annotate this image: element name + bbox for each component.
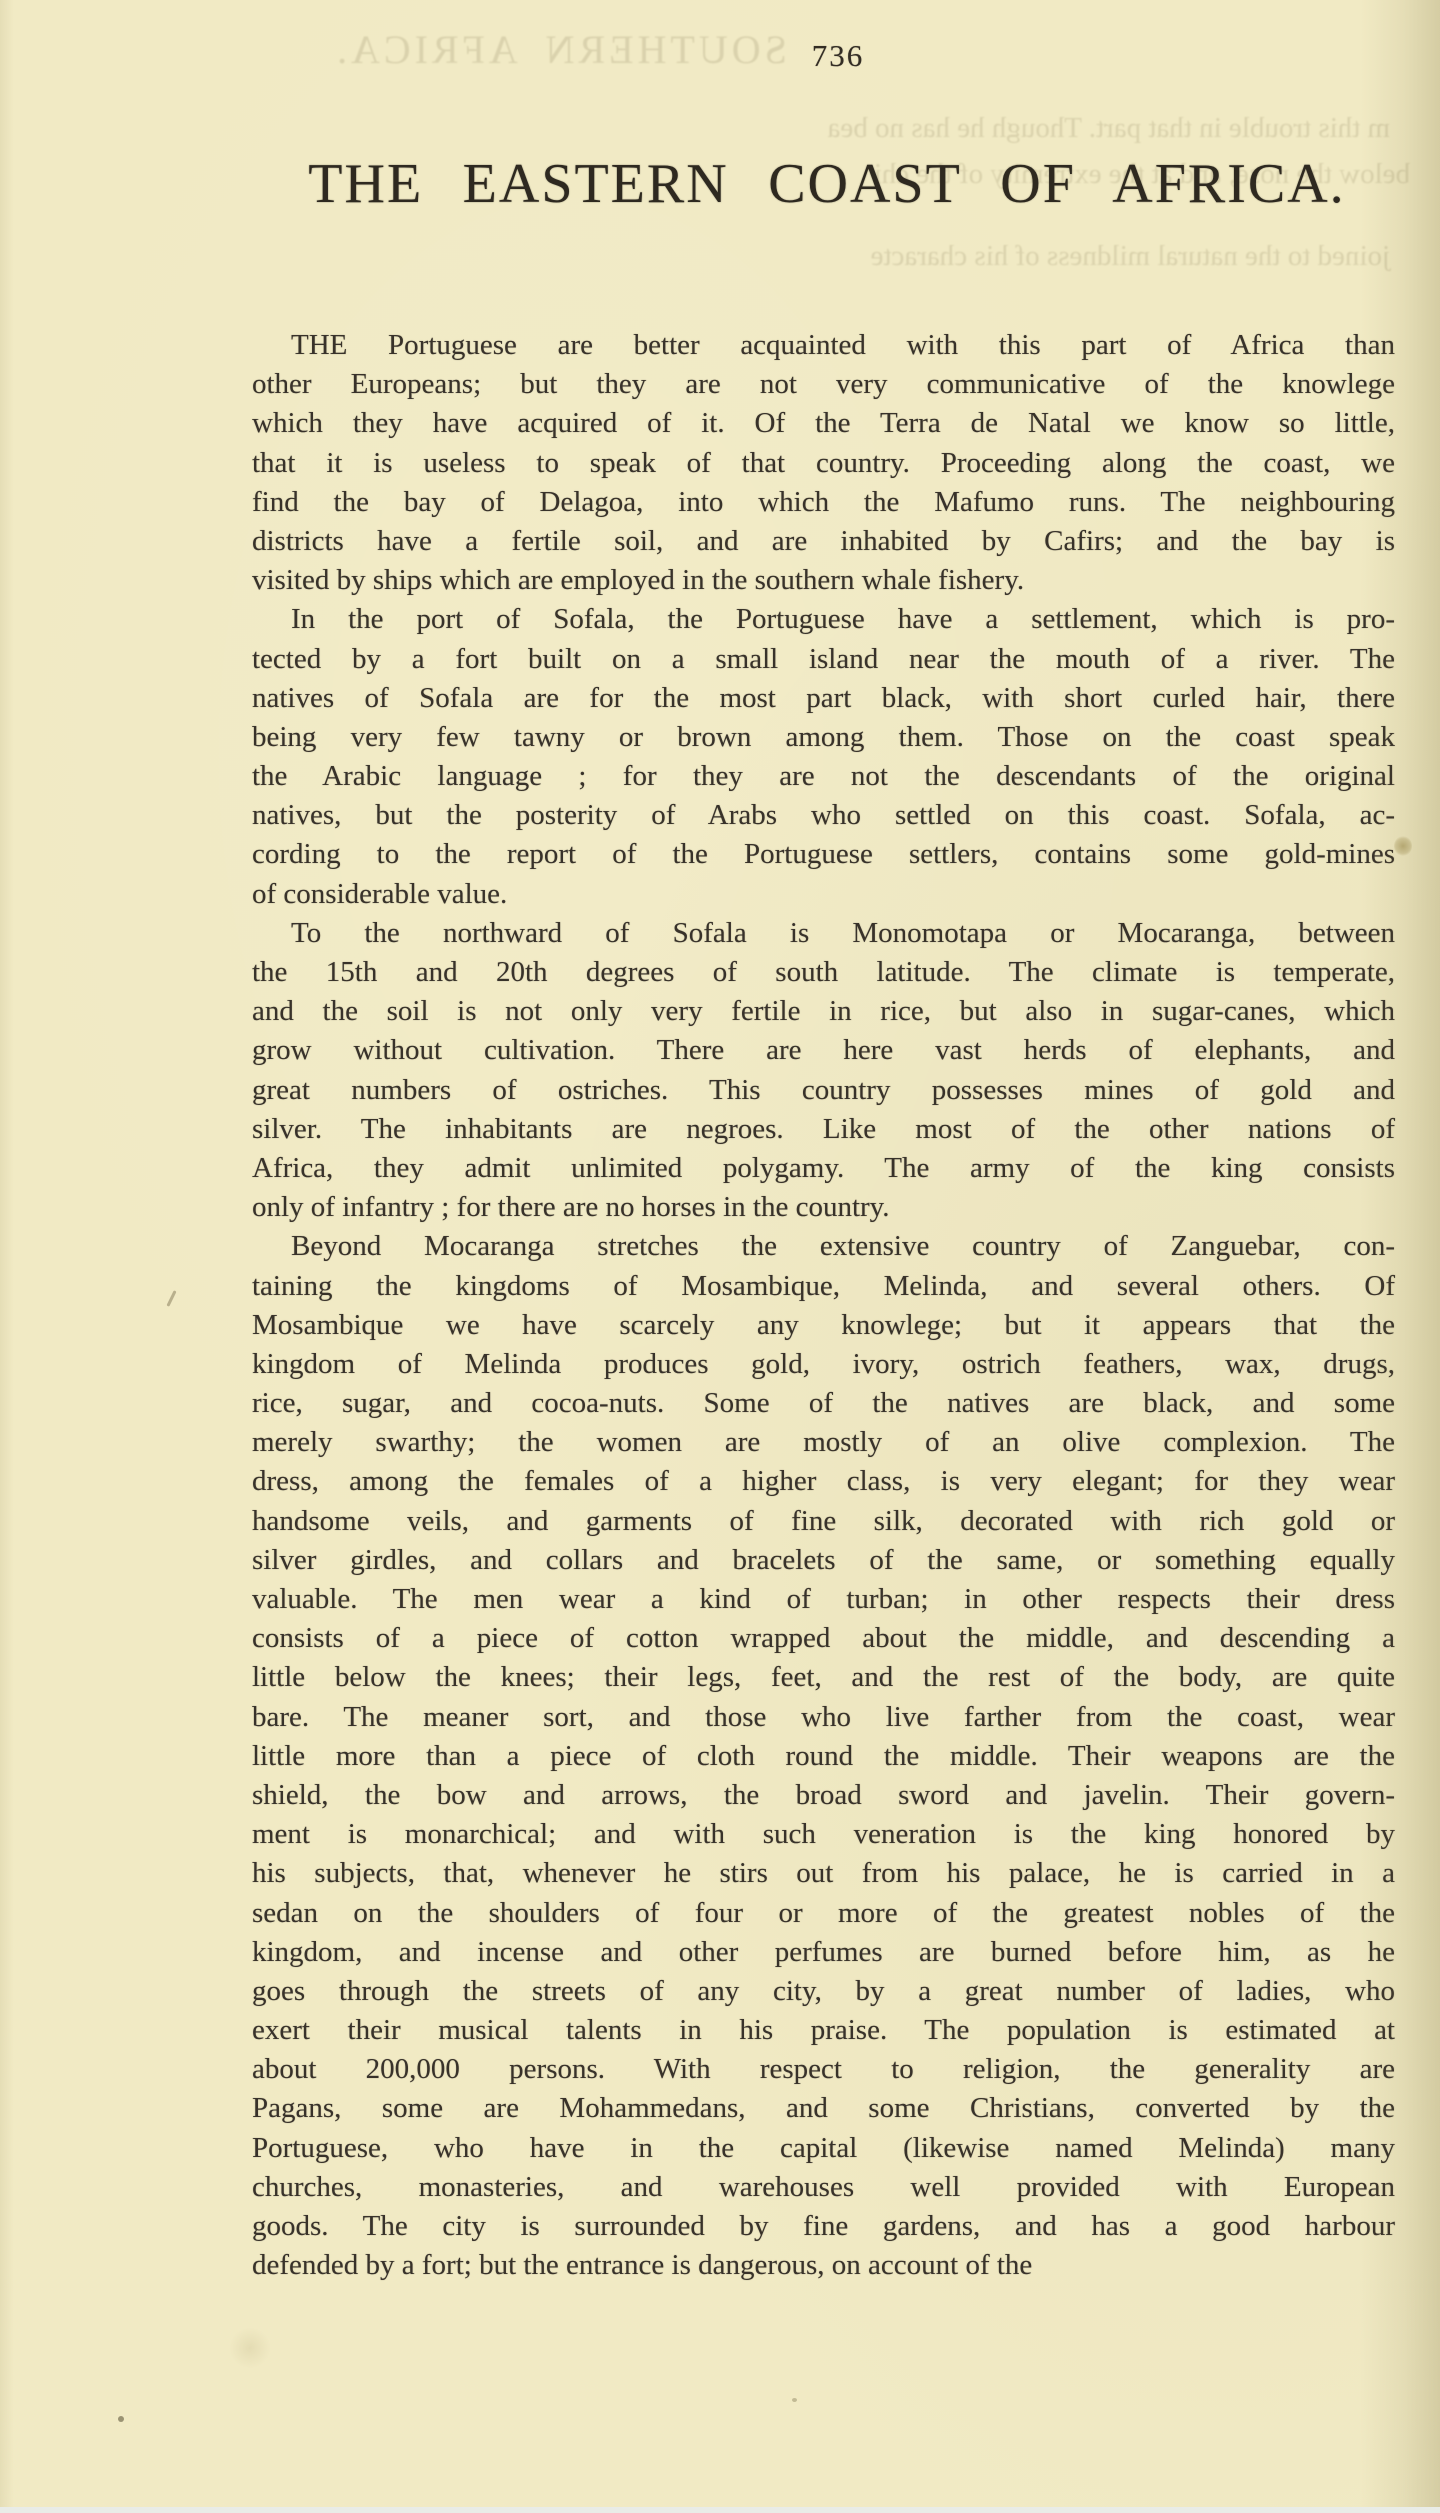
bleedthrough-line: joined to the natural mildness of his ch… bbox=[150, 240, 1390, 273]
text-line: silver. The inhabitants are negroes. Lik… bbox=[252, 1110, 1395, 1149]
text-line: Mosambique we have scarcely any knowlege… bbox=[252, 1306, 1395, 1345]
page-title: THE EASTERN COAST OF AFRICA. bbox=[252, 152, 1402, 216]
text-line: only of infantry ; for there are no hors… bbox=[252, 1188, 1395, 1227]
page-number: 736 bbox=[806, 38, 870, 74]
text-line: kingdom of Melinda produces gold, ivory,… bbox=[252, 1345, 1395, 1384]
text-line: that it is useless to speak of that coun… bbox=[252, 444, 1395, 483]
text-line: rice, sugar, and cocoa-nuts. Some of the… bbox=[252, 1384, 1395, 1423]
text-line: consists of a piece of cotton wrapped ab… bbox=[252, 1619, 1395, 1658]
paper-speck bbox=[792, 2398, 797, 2402]
text-line: silver girdles, and collars and bracelet… bbox=[252, 1541, 1395, 1580]
scanned-book-page: SOUTHERN AFRICA. m this trouble in that … bbox=[0, 0, 1440, 2513]
text-line: visited by ships which are employed in t… bbox=[252, 561, 1395, 600]
bleedthrough-header: SOUTHERN AFRICA. bbox=[290, 26, 830, 73]
text-line: the 15th and 20th degrees of south latit… bbox=[252, 953, 1395, 992]
text-line: shield, the bow and arrows, the broad sw… bbox=[252, 1776, 1395, 1815]
text-line: bare. The meaner sort, and those who liv… bbox=[252, 1698, 1395, 1737]
text-line: kingdom, and incense and other perfumes … bbox=[252, 1933, 1395, 1972]
text-line: grow without cultivation. There are here… bbox=[252, 1031, 1395, 1070]
text-line: tected by a fort built on a small island… bbox=[252, 640, 1395, 679]
text-line: which they have acquired of it. Of the T… bbox=[252, 404, 1395, 443]
text-line: valuable. The men wear a kind of turban;… bbox=[252, 1580, 1395, 1619]
left-edge-shading bbox=[0, 0, 14, 2513]
text-line: his subjects, that, whenever he stirs ou… bbox=[252, 1854, 1395, 1893]
body-text: THE Portuguese are better acquainted wit… bbox=[252, 326, 1395, 2285]
text-line: churches, monasteries, and warehouses we… bbox=[252, 2168, 1395, 2207]
text-line: Pagans, some are Mohammedans, and some C… bbox=[252, 2089, 1395, 2128]
text-line: natives, but the posterity of Arabs who … bbox=[252, 796, 1395, 835]
text-line: the Arabic language ; for they are not t… bbox=[252, 757, 1395, 796]
text-line: find the bay of Delagoa, into which the … bbox=[252, 483, 1395, 522]
text-line: To the northward of Sofala is Monomotapa… bbox=[252, 914, 1395, 953]
text-line: and the soil is not only very fertile in… bbox=[252, 992, 1395, 1031]
text-line: Beyond Mocaranga stretches the extensive… bbox=[252, 1227, 1395, 1266]
paper-stain bbox=[228, 2328, 272, 2368]
text-line: taining the kingdoms of Mosambique, Meli… bbox=[252, 1267, 1395, 1306]
text-line: Africa, they admit unlimited polygamy. T… bbox=[252, 1149, 1395, 1188]
text-line: being very few tawny or brown among them… bbox=[252, 718, 1395, 757]
text-line: natives of Sofala are for the most part … bbox=[252, 679, 1395, 718]
bleedthrough-line: m this trouble in that part. Though he h… bbox=[110, 112, 1390, 145]
text-line: goes through the streets of any city, by… bbox=[252, 1972, 1395, 2011]
text-line: THE Portuguese are better acquainted wit… bbox=[252, 326, 1395, 365]
ink-stain-dot bbox=[1394, 836, 1412, 856]
text-line: sedan on the shoulders of four or more o… bbox=[252, 1894, 1395, 1933]
text-line: handsome veils, and garments of fine sil… bbox=[252, 1502, 1395, 1541]
text-line: little more than a piece of cloth round … bbox=[252, 1737, 1395, 1776]
text-line: other Europeans; but they are not very c… bbox=[252, 365, 1395, 404]
text-line: In the port of Sofala, the Portuguese ha… bbox=[252, 600, 1395, 639]
text-line: great numbers of ostriches. This country… bbox=[252, 1071, 1395, 1110]
bottom-scan-edge bbox=[0, 2507, 1440, 2513]
text-line: ment is monarchical; and with such vener… bbox=[252, 1815, 1395, 1854]
text-line: merely swarthy; the women are mostly of … bbox=[252, 1423, 1395, 1462]
text-line: of considerable value. bbox=[252, 875, 1395, 914]
text-line: about 200,000 persons. With respect to r… bbox=[252, 2050, 1395, 2089]
text-line: cording to the report of the Portuguese … bbox=[252, 835, 1395, 874]
text-line: goods. The city is surrounded by fine ga… bbox=[252, 2207, 1395, 2246]
pencil-mark bbox=[166, 1290, 176, 1307]
text-line: exert their musical talents in his prais… bbox=[252, 2011, 1395, 2050]
paper-speck bbox=[118, 2416, 124, 2422]
text-line: dress, among the females of a higher cla… bbox=[252, 1462, 1395, 1501]
text-line: Portuguese, who have in the capital (lik… bbox=[252, 2129, 1395, 2168]
text-line: defended by a fort; but the entrance is … bbox=[252, 2246, 1395, 2285]
text-line: districts have a fertile soil, and are i… bbox=[252, 522, 1395, 561]
text-line: little below the knees; their legs, feet… bbox=[252, 1658, 1395, 1697]
